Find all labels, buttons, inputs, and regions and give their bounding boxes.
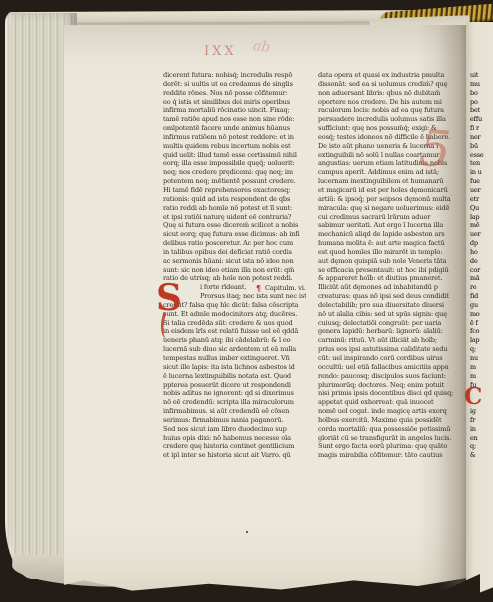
text-line: et ipī inter se historia sicut ait Varro… (163, 451, 306, 460)
text-line: multis quidem rebus incertum nobis est (163, 142, 306, 151)
text-line: delibus ratio posceretur. Ac per hoc cum (163, 239, 306, 248)
text-line: m (470, 363, 492, 372)
text-line: hoībus exercitū. Maxime quia possidēt (318, 416, 461, 425)
text-line: carminū: rituū. Vt aūt illiciāt́ ab hoīb… (318, 336, 461, 345)
text-line: plurimorūq; doctores. Neq; enim potuit (318, 381, 461, 390)
text-line: Quę si futura esse dicereḿ scilicet a no… (163, 221, 306, 230)
text-line: mē (470, 221, 492, 230)
text-line: infirma mortaliū rōcinatio uincit́. Fixa… (163, 106, 306, 115)
text-line: omīpotentē facere unde animus hūanus (163, 124, 306, 133)
text-line: infirmus ratiōem nō potest reddere: et i… (163, 133, 306, 142)
text-line: effu (470, 115, 492, 124)
red-pilcrow-mark: ¶ (256, 283, 261, 293)
text-line: q; (470, 345, 492, 354)
text-line: corda mortaliū: qua possessiōe potissimū (318, 425, 461, 434)
text-line: quid uelit: illud tamē esse certissimū n… (163, 151, 306, 160)
text-line: cor (470, 266, 492, 275)
text-line: delectabilib; pro sua diuersitate diuers… (318, 301, 461, 310)
text-line: tempestas nullus imber extingueret. Vn̄ (163, 354, 306, 363)
text-line: raculorum locis: nobis ad ea quę futura (318, 106, 461, 115)
text-line: eo q́ istis et similibus dei miris operi… (163, 98, 306, 107)
text-line: sunt. Et admīe modocinitors atq; ducēres… (163, 310, 306, 319)
text-line: huius opis dixi: nō habemus necesse oīa (163, 434, 306, 443)
rubricated-initial-c: C (464, 385, 482, 408)
text-line: sicut eorq; quę futura esse dicimus: ab … (163, 230, 306, 239)
text-line: fr (470, 416, 492, 425)
text-line: ner (470, 133, 492, 142)
text-line: sabimur ueritati. Aut ergo ī lucerna ill… (318, 221, 461, 230)
text-line: in u (470, 168, 492, 177)
text-line: ho (470, 248, 492, 257)
text-line: esse (470, 151, 492, 160)
text-line: rationis: quid ad ista respondent de qb́… (163, 195, 306, 204)
text-line: artiū: & ipsoq́; per seipsos dęmonū mult… (318, 195, 461, 204)
text-line: gu (470, 301, 492, 310)
text-line: etr (470, 195, 492, 204)
text-line: uer (470, 230, 492, 239)
text-line: po (470, 98, 492, 107)
text-line: aut dęmon quispiā sub noīe Veneris tāta (318, 257, 461, 266)
text-line: uer (470, 186, 492, 195)
text-line: & appareret hoīb́: et diutius pmaneret. (318, 274, 461, 283)
text-line: bet (470, 106, 492, 115)
text-line: gloriāt́ cū se transfigurāt in angelos l… (318, 434, 461, 443)
text-line: en (470, 434, 492, 443)
text-line: lap (470, 336, 492, 345)
text-line: Sed nos sicut iam libro duodecimo sup (163, 425, 306, 434)
text-line: & (470, 451, 492, 460)
text-line: ratio de utrisq; ab hoīe non potest redd… (163, 274, 306, 283)
text-line: cuiusq; delectatiōi congruūt: per uaria (318, 319, 461, 328)
folio-handwritten-annotation: ab (252, 38, 271, 56)
text-line: fi r (470, 124, 492, 133)
text-line: occultū: uel etiā fallacibus amicitiis a… (318, 363, 461, 372)
text-line: non aduersant́ libris: qb́us nō dubitam̄ (318, 89, 461, 98)
text-line: Prorsus itaq; nec ista sunt nec ista (163, 292, 306, 301)
text-line: humana molita ē: aut arte magica factū (318, 239, 461, 248)
text-line: Qu (470, 204, 492, 213)
text-line: derēt: si uultis ut ea credamus de singl… (163, 80, 306, 89)
text-line: et magicarū id est per hoīes dęmonicarū (318, 186, 461, 195)
text-line: nō eē credendū: scripta illa miraculorum (163, 398, 306, 407)
text-line: lap (470, 213, 492, 222)
red-margin-mark: 5 (417, 123, 452, 175)
text-line: magis mirabilia cōfitemur: tāto cautius (318, 451, 461, 460)
text-line: Illiciūt́ aūt dęmones ad inhabitandū p (318, 283, 461, 292)
text-line: re (470, 283, 492, 292)
text-column-left: dicerent futura: nobisq́; incredulis res… (163, 71, 306, 460)
text-line: genera lapidū: herbarū: lignorū: aīaliū: (318, 327, 461, 336)
text-line: ten (470, 159, 492, 168)
text-line: de (470, 257, 492, 266)
text-line: data opera et quasi ex industria pmulta (318, 71, 461, 80)
text-line: reddite rōnes. Nos nō posse cōfitemur: (163, 89, 306, 98)
text-line: sunt: sic non ideo etiam illa non erūt: … (163, 266, 306, 275)
text-line: tamē ratiōe apud nos esse non sine rōde: (163, 115, 306, 124)
text-line: mā (470, 274, 492, 283)
text-line: creaturas: quas nō ipsi sed deus condidi… (318, 292, 461, 301)
text-line: neq; nos credere prędicemi: quę neq; im (163, 168, 306, 177)
text-line: credūt́? falsa quę hīc dicūt́: falsa cōs… (163, 301, 306, 310)
text-line: dicerent futura: nobisq́; incredulis res… (163, 71, 306, 80)
text-line: bū (470, 142, 492, 151)
text-line: mechanicū aliqd de lapide asbeston ars (318, 230, 461, 239)
text-line: serimus: firmabimus nania paganorū. (163, 416, 306, 425)
text-line: eorq; illa esse impossibile quęq́; uolue… (163, 159, 306, 168)
text-line: mu (470, 80, 492, 89)
rubricated-initial-s: S (156, 280, 182, 316)
text-line: Sunt ergo facta eorū plurima: quę quāto (318, 442, 461, 451)
book-photograph: IXX ab dicerent futura: nobisq́; incredu… (0, 0, 493, 602)
text-line: et ipsi ratiōi naturę uident́ eē contrar… (163, 213, 306, 222)
text-line: dissonāt: sed ea si uolumus crediḿ? quę (318, 80, 461, 89)
text-line: nisi primis ipsis docentibus disci qd qu… (318, 389, 461, 398)
text-line: nō ut aīalia cibis: sed ut spūs signis: … (318, 310, 461, 319)
text-line: nomē uel cogat́. inde magicę artis exorq (318, 407, 461, 416)
text-line: cūt: uel inspirando corū cordibus uirus (318, 354, 461, 363)
text-line: in talibus opibus dei deficiat ratiō cor… (163, 248, 306, 257)
paper-speck (246, 531, 248, 533)
text-line: ē lucerna īextinguibilis notata est. Quo… (163, 372, 306, 381)
text-line: ueneris phanū atq; ibi cādelabrū: & ī eo (163, 336, 306, 345)
text-line: est quod homīes illo mirarēt́ in templo: (318, 248, 461, 257)
text-line: nobis aditus ne ignorent: qd si dixerimu… (163, 389, 306, 398)
text-line: Hi tamē fidē reprehensores exactoresq; (163, 186, 306, 195)
text-line: fue (470, 177, 492, 186)
text-line: oportere nos credere. De his autem mi (318, 98, 461, 107)
text-line: potentem neq; mētientē possunt́ credere. (163, 177, 306, 186)
text-line: uit (470, 71, 492, 80)
text-line: ppterea posuerūt dicere ut respondendi (163, 381, 306, 390)
text-line: bo (470, 89, 492, 98)
text-line: in eisdem lrīs est relatū fuisse uel eē … (163, 327, 306, 336)
text-line: rendo: paucosq; discipulos suos faciunt: (318, 372, 461, 381)
text-line: nu (470, 354, 492, 363)
text-line: miracula: quę si negare uoluerimus: eidē (318, 204, 461, 213)
text-line: credere quę historia continet gentiliciu… (163, 442, 306, 451)
text-line: in (470, 425, 492, 434)
text-line: se efficacia presentauit: ut hoc ibi pdi… (318, 266, 461, 275)
text-line: dp (470, 239, 492, 248)
text-line: sicut ille lapis: ita ista lichnos asbes… (163, 363, 306, 372)
chapter-title: Capitulm. vi. (265, 284, 306, 292)
text-line: q; (470, 442, 492, 451)
text-line: m (470, 372, 492, 381)
text-line: cui credimus sacrarū lrārum aduer (318, 213, 461, 222)
text-line: Si talia credēda sūt: credere & uos quod (163, 319, 306, 328)
text-line: appetat quid exhorreat: quā inuocet́ (318, 398, 461, 407)
text-line: infirmabimus. si aūt credendū eē cōsen (163, 407, 306, 416)
text-line: ē f (470, 319, 492, 328)
text-line: fid (470, 292, 492, 301)
text-line: fco (470, 327, 492, 336)
text-line: lucernā sub diuo sic ardentem ut eā null… (163, 345, 306, 354)
text-line: ac sermonis hūani: sicut ista nō ideo no… (163, 257, 306, 266)
text-line: prius eos ipsi astutissima caliditate se… (318, 345, 461, 354)
text-line: mo (470, 310, 492, 319)
text-line: ratio reddi ab homīe nō potest et īī sun… (163, 204, 306, 213)
folio-number: IXX (204, 44, 237, 59)
